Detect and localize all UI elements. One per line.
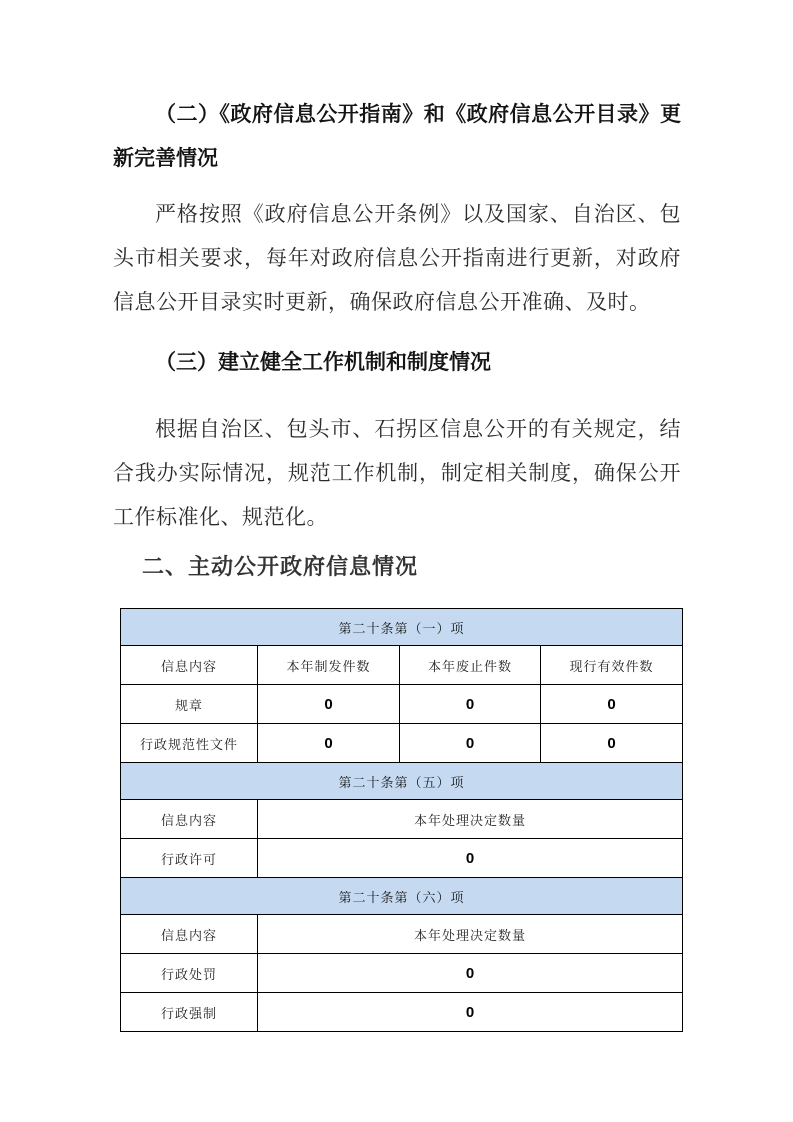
section2-col-header-content: 信息内容 [121, 800, 258, 839]
cell-value: 0 [258, 839, 683, 878]
table-section1-header-row: 信息内容 本年制发件数 本年废止件数 现行有效件数 [121, 646, 683, 685]
table-section2-header-row: 信息内容 本年处理决定数量 [121, 800, 683, 839]
table-row-admin-licensing: 行政许可 0 [121, 839, 683, 878]
heading-guide-catalog-update: （二）《政府信息公开指南》和《政府信息公开目录》更新完善情况 [113, 92, 681, 180]
row-label-admin-licensing: 行政许可 [121, 839, 258, 878]
table-row-admin-coercion: 行政强制 0 [121, 993, 683, 1032]
row-label-normative-documents: 行政规范性文件 [121, 724, 258, 763]
cell-value: 0 [258, 993, 683, 1032]
row-label-admin-coercion: 行政强制 [121, 993, 258, 1032]
table-section3-title-row: 第二十条第（六）项 [121, 878, 683, 915]
cell-value: 0 [541, 685, 683, 724]
section1-col-header-valid: 现行有效件数 [541, 646, 683, 685]
paragraph-guide-catalog-update: 严格按照《政府信息公开条例》以及国家、自治区、包头市相关要求，每年对政府信息公开… [113, 192, 681, 324]
table-row-regulations: 规章 0 0 0 [121, 685, 683, 724]
cell-value: 0 [258, 724, 400, 763]
section3-col-header-content: 信息内容 [121, 915, 258, 954]
info-disclosure-table: 第二十条第（一）项 信息内容 本年制发件数 本年废止件数 现行有效件数 规章 0… [120, 608, 683, 1032]
row-label-admin-penalty: 行政处罚 [121, 954, 258, 993]
section2-col-header-decisions: 本年处理决定数量 [258, 800, 683, 839]
table-section1-title-row: 第二十条第（一）项 [121, 609, 683, 646]
section1-title: 第二十条第（一）项 [121, 609, 683, 646]
table-row-normative-documents: 行政规范性文件 0 0 0 [121, 724, 683, 763]
document-content: （二）《政府信息公开指南》和《政府信息公开目录》更新完善情况 严格按照《政府信息… [113, 92, 681, 1032]
section1-col-header-repealed: 本年废止件数 [400, 646, 541, 685]
cell-value: 0 [400, 685, 541, 724]
section3-col-header-decisions: 本年处理决定数量 [258, 915, 683, 954]
section3-title: 第二十条第（六）项 [121, 878, 683, 915]
paragraph-work-mechanism: 根据自治区、包头市、石拐区信息公开的有关规定，结合我办实际情况，规范工作机制，制… [113, 407, 681, 539]
table-row-admin-penalty: 行政处罚 0 [121, 954, 683, 993]
heading-work-mechanism: （三）建立健全工作机制和制度情况 [113, 340, 681, 384]
section1-col-header-issued: 本年制发件数 [258, 646, 400, 685]
table-section3-header-row: 信息内容 本年处理决定数量 [121, 915, 683, 954]
cell-value: 0 [400, 724, 541, 763]
section1-col-header-content: 信息内容 [121, 646, 258, 685]
cell-value: 0 [258, 954, 683, 993]
table-section2-title-row: 第二十条第（五）项 [121, 763, 683, 800]
document-page: （二）《政府信息公开指南》和《政府信息公开目录》更新完善情况 严格按照《政府信息… [0, 0, 793, 1122]
cell-value: 0 [541, 724, 683, 763]
row-label-regulations: 规章 [121, 685, 258, 724]
section2-title: 第二十条第（五）项 [121, 763, 683, 800]
heading-proactive-disclosure: 二、主动公开政府信息情况 [113, 545, 681, 589]
cell-value: 0 [258, 685, 400, 724]
